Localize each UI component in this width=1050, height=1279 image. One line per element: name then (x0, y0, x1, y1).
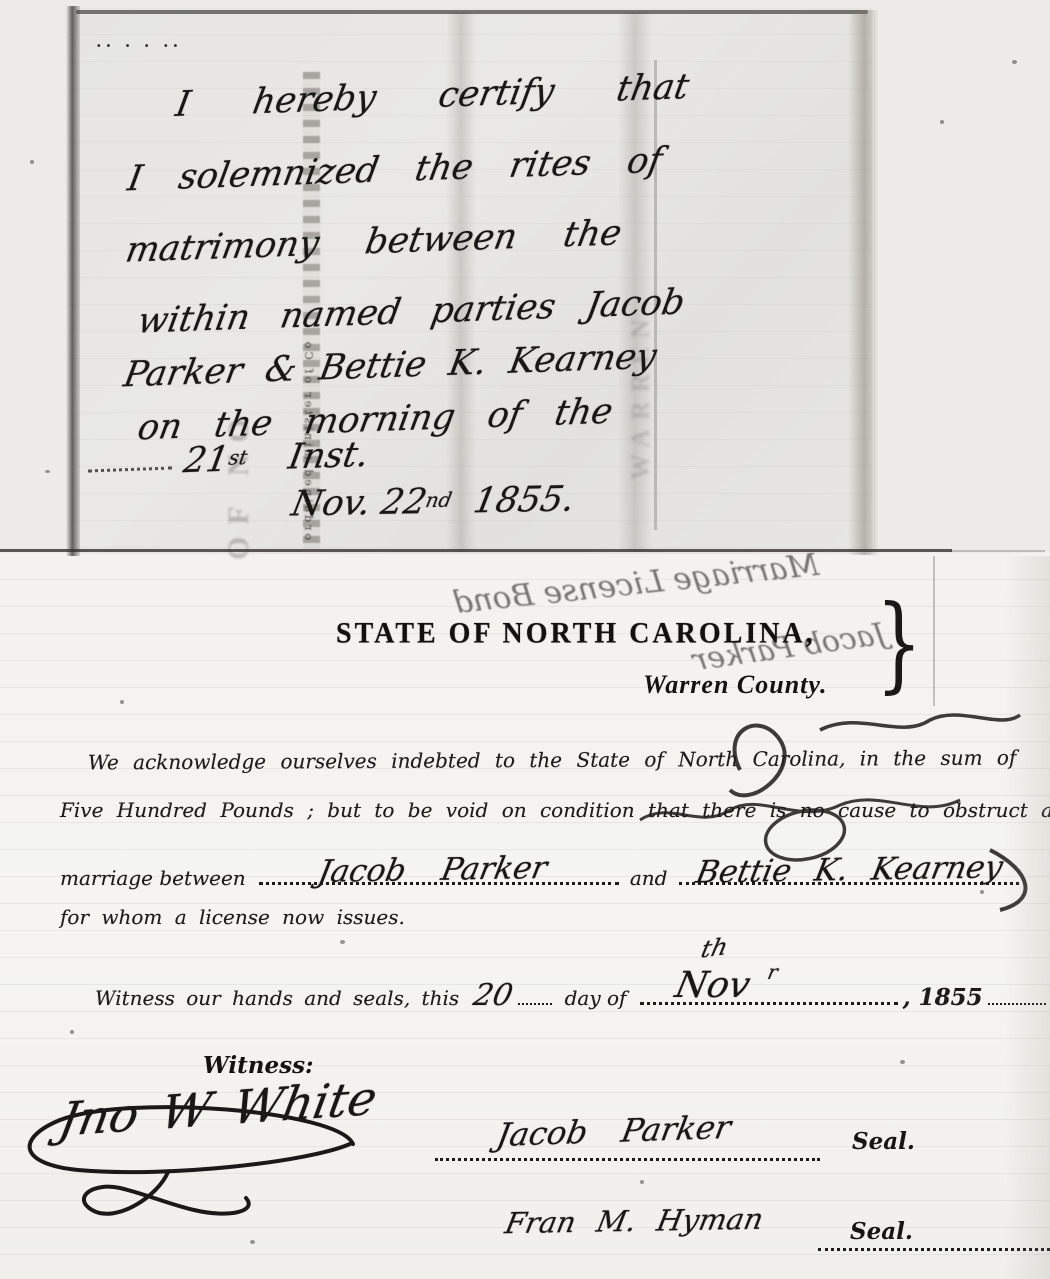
fold-divider-line-faint (950, 550, 1045, 552)
ink-dots-mark: ·· · · ·· (96, 36, 182, 55)
witness-label: Witness: (203, 1052, 314, 1079)
county-heading: Warren County. (643, 670, 828, 700)
scan-speck (120, 700, 124, 704)
date-year: 1855. (470, 479, 578, 521)
paper-edge-right (848, 10, 878, 555)
groom-name-handwritten: Jacob Parker (315, 850, 550, 890)
day-suffix: st (226, 445, 249, 470)
scan-speck (340, 940, 345, 944)
ink-bleedthrough-scribbles (600, 700, 1040, 920)
day-of-label: day of (565, 986, 627, 1010)
groom-name-fill: Jacob Parker (259, 848, 619, 885)
paper-edge-left (66, 6, 80, 556)
day-value-handwritten: 20 (471, 978, 517, 1013)
day-number: 21 (181, 440, 233, 482)
signature-flourish (8, 1092, 368, 1242)
scan-speck (900, 1060, 905, 1064)
scanned-marriage-bond-document: ordained minister of Co OF NO WARREN ·· … (0, 0, 1050, 1279)
seal-label-1: Seal. (852, 1128, 915, 1155)
marriage-between-label: marriage between (60, 866, 246, 890)
scan-speck (1012, 60, 1017, 64)
inst-word: Inst. (285, 435, 372, 478)
bond-body-line-4: for whom a license now issues. (60, 905, 405, 929)
leader-dots-small (518, 983, 552, 1005)
note-line-8: Nov. 22nd1855. (292, 480, 575, 525)
scan-speck (640, 1180, 644, 1184)
scan-speck (980, 890, 984, 894)
scan-speck (940, 120, 944, 124)
paper-edge-top (76, 10, 868, 14)
month-fill: Nov r (640, 972, 898, 1005)
date-month-day: Nov. 22 (288, 482, 430, 524)
heading-brace: } (876, 582, 922, 704)
scan-speck (30, 160, 34, 164)
signature-2-handwritten: Fran M. Hyman (502, 1202, 766, 1240)
scan-speck (250, 1240, 255, 1244)
scan-right-shading (1004, 556, 1050, 1279)
scan-speck (45, 470, 50, 473)
seal-label-2: Seal. (850, 1218, 913, 1245)
scan-speck (70, 1030, 74, 1034)
month-handwritten: Nov (671, 965, 753, 1006)
state-heading: STATE OF NORTH CAROLINA, (336, 617, 816, 651)
paper-edge-right-bottom (933, 556, 935, 706)
witness-clause-line: Witness our hands and seals, this 20 day… (95, 972, 1046, 1013)
note-line-7: 21stInst. (183, 435, 369, 481)
witness-clause-text: Witness our hands and seals, this (95, 986, 459, 1010)
year-text: , 1855 (903, 984, 983, 1011)
date-suffix: nd (424, 487, 454, 512)
